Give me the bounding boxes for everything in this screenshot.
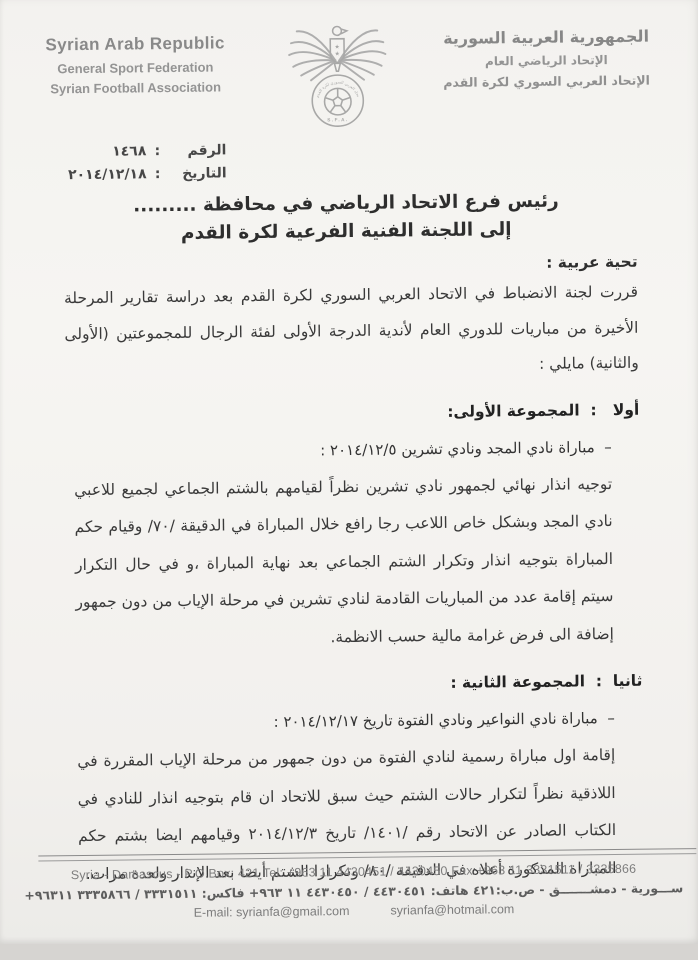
reference-number-colon: : <box>146 140 168 163</box>
reference-date-value: ٢٠١٤/١٢/١٨ <box>68 163 147 187</box>
reference-date-row: التاريخ : ٢٠١٤/١٢/١٨ <box>0 162 227 188</box>
eagle-emblem-icon: ★ ★ الاتحاد العربي السوري لكرة القدم S.F… <box>283 19 392 132</box>
letterhead-en-association: Syrian Football Association <box>0 79 276 97</box>
addressee-block: رئيس فرع الاتحاد الرياضي في محافظة .....… <box>0 186 695 250</box>
email-label: E-mail: <box>194 905 233 919</box>
letterhead-ar-association: الإتحاد العربي السوري لكرة القدم <box>400 72 694 90</box>
letterhead-en-country: Syrian Arab Republic <box>0 33 275 56</box>
greeting: تحية عربية : <box>0 253 638 278</box>
letterhead-en-federation: General Sport Federation <box>0 59 275 77</box>
reference-number-value: ١٤٦٨ <box>112 140 146 163</box>
footer-contact-arabic: ســـورية - دمشـــــــق - ص.ب:٤٢١ هاتف: ٤… <box>5 880 698 903</box>
reference-number-row: الرقم : ١٤٦٨ <box>0 139 226 165</box>
emblem-caption: S.F.A. <box>327 117 349 122</box>
footer-email-line: E-mail: syrianfa@gmail.com syrianfa@hotm… <box>5 900 698 922</box>
email-hotmail: syrianfa@hotmail.com <box>390 902 514 917</box>
emblem-container: ★ ★ الاتحاد العربي السوري لكرة القدم S.F… <box>275 19 400 132</box>
section-1-heading: أولا : المجموعة الأولى: <box>0 392 640 435</box>
letter-content: Syrian Arab Republic General Sport Feder… <box>0 0 698 948</box>
reference-number-label: الرقم <box>168 139 226 163</box>
reference-date-label: التاريخ <box>168 162 226 186</box>
shield-star-icon: ★ <box>335 50 340 57</box>
reference-block: الرقم : ١٤٦٨ التاريخ : ٢٠١٤/١٢/١٨ <box>0 139 227 188</box>
footer: Syria - Damascus - P.O.Box: 421 Tel: +96… <box>4 848 698 922</box>
section-2-match-line: – مباراة نادي النواعير ونادي الفتوة تاري… <box>73 701 615 741</box>
intro-paragraph: قررت لجنة الانضباط في الاتحاد العربي الس… <box>64 275 639 388</box>
email-gmail: syrianfa@gmail.com <box>236 904 350 919</box>
footer-contact-english: Syria - Damascus - P.O.Box: 421 Tel: +96… <box>4 861 698 883</box>
reference-date-colon: : <box>146 163 168 186</box>
shield-star-icon: ★ <box>334 44 339 51</box>
section-2-heading: ثانيا : المجموعة الثانية : <box>2 663 642 706</box>
section-1-match-line: – مباراة نادي المجد ونادي تشرين ٢٠١٤/١٢/… <box>70 430 612 470</box>
letterhead-ar-federation: الإتحاد الرياضي العام <box>399 52 693 69</box>
letterhead-english: Syrian Arab Republic General Sport Feder… <box>0 21 276 97</box>
section-1-body: توجيه انذار نهائي لجمهور نادي تشرين نظرا… <box>74 466 614 660</box>
scan-edge-strip <box>0 944 698 960</box>
scanned-letter-page: Syrian Arab Republic General Sport Feder… <box>0 0 698 944</box>
letterhead: Syrian Arab Republic General Sport Feder… <box>0 0 694 132</box>
letterhead-arabic: الجمهورية العربية السورية الإتحاد الرياض… <box>399 16 694 90</box>
letterhead-ar-country: الجمهورية العربية السورية <box>399 26 693 48</box>
